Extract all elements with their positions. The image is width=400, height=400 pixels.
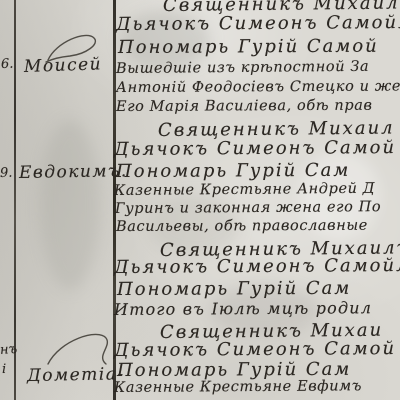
name-entry: Моисей [24,54,103,77]
register-line: Гуринъ и законная жена его По [115,199,381,217]
register-line: Дьячокъ Симеонъ Самойл [114,255,400,278]
register-line: Казенные Крестьяне Евфимъ [114,378,362,396]
register-line: Пономарь Гурій Сам [116,160,350,182]
register-line: Пономарь Гурій Самой [118,36,379,58]
register-line: Итого въ Іюлѣ мцѣ родил [114,298,372,319]
stain [40,120,100,290]
register-line: Дьячокъ Симеонъ Самойл [116,12,400,35]
margin-fragment: 9. [0,166,13,181]
register-line: Дьячокъ Симеонъ Самой [114,137,396,160]
flourish [40,326,115,368]
margin-rule [14,0,16,400]
register-line: Вышедшіе изъ крѣпостной За [116,59,369,77]
register-line: Антоній Феодосіевъ Стецко и жен [116,78,400,96]
name-entry: Дометіа- [27,364,125,386]
register-line: Дьячокъ Симеонъ Самой [114,338,396,361]
scanned-page: 6. 9. нъ і Моисей Евдокимъ. Дометіа- Свя… [0,0,400,400]
register-line: Пономарь Гурій Сам [117,278,351,300]
name-entry: Евдокимъ. [19,161,128,183]
register-line: Его Марія Василіева, обѣ прав [116,98,373,115]
margin-fragment: і [2,362,6,377]
register-line: Казенные Крестьяне Андрей Д [114,181,375,199]
margin-fragment: нъ [0,342,18,358]
margin-fragment: 6. [1,57,14,72]
register-line: Васильевы, обѣ православные [116,218,368,235]
